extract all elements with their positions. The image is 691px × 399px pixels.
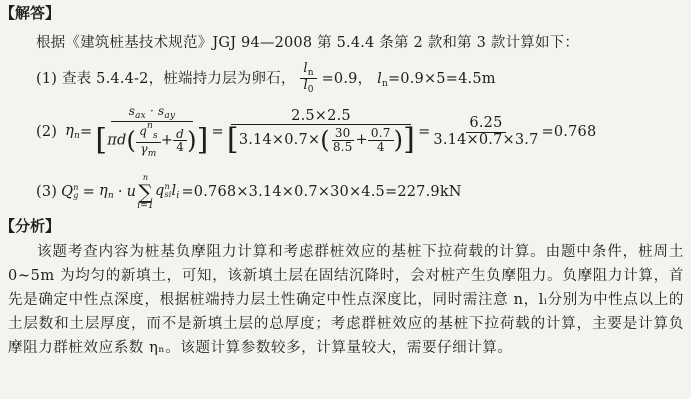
step-2-label: (2)	[36, 124, 57, 140]
analysis-paragraph: 该题考查内容为桩基负摩阻力计算和考虑群桩效应的基桩下拉荷载的计算。由题中条件，桩…	[8, 240, 684, 360]
step-3: (3) Qng = ηn·u n ∑ i=1 qnsili =0.768×3.1…	[36, 170, 462, 214]
step-1: (1) 查表 5.4.4-2，桩端持力层为卵石， ln l0 =0.9， ln=…	[36, 62, 496, 96]
eta-result: =0.768	[542, 124, 597, 140]
Qg-result: =0.768×3.14×0.7×30×4.5=227.9kN	[181, 184, 461, 200]
Qg-symbol: Qng	[61, 184, 78, 200]
ratio-value: =0.9，	[322, 71, 373, 87]
substituted-fraction: 2.5×2.5 [3.14×0.7×(308.5+0.74)]	[224, 109, 418, 155]
analysis-header: 【分析】	[0, 215, 60, 236]
step-3-label: (3)	[36, 184, 57, 200]
step-1-label: (1)	[36, 71, 57, 87]
eta-symbol: ηn	[65, 123, 80, 141]
ln-result: =0.9×5=4.5m	[388, 71, 496, 87]
step-2: (2) ηn = sax · say [πd(qnsγm+d4)] = 2.5×…	[36, 104, 596, 160]
formula-fraction: sax · say [πd(qnsγm+d4)]	[92, 105, 211, 159]
step-1-text: 查表 5.4.4-2，桩端持力层为卵石，	[62, 71, 296, 87]
summation-symbol: n ∑ i=1	[137, 174, 154, 211]
answer-intro: 根据《建筑桩基技术规范》JGJ 94—2008 第 5.4.4 条第 2 款和第…	[36, 31, 579, 52]
simplified-fraction: 6.25 3.14×0.7×3.7	[430, 116, 541, 147]
ln-over-l0-fraction: ln l0	[300, 62, 316, 96]
answer-header: 【解答】	[0, 2, 60, 23]
